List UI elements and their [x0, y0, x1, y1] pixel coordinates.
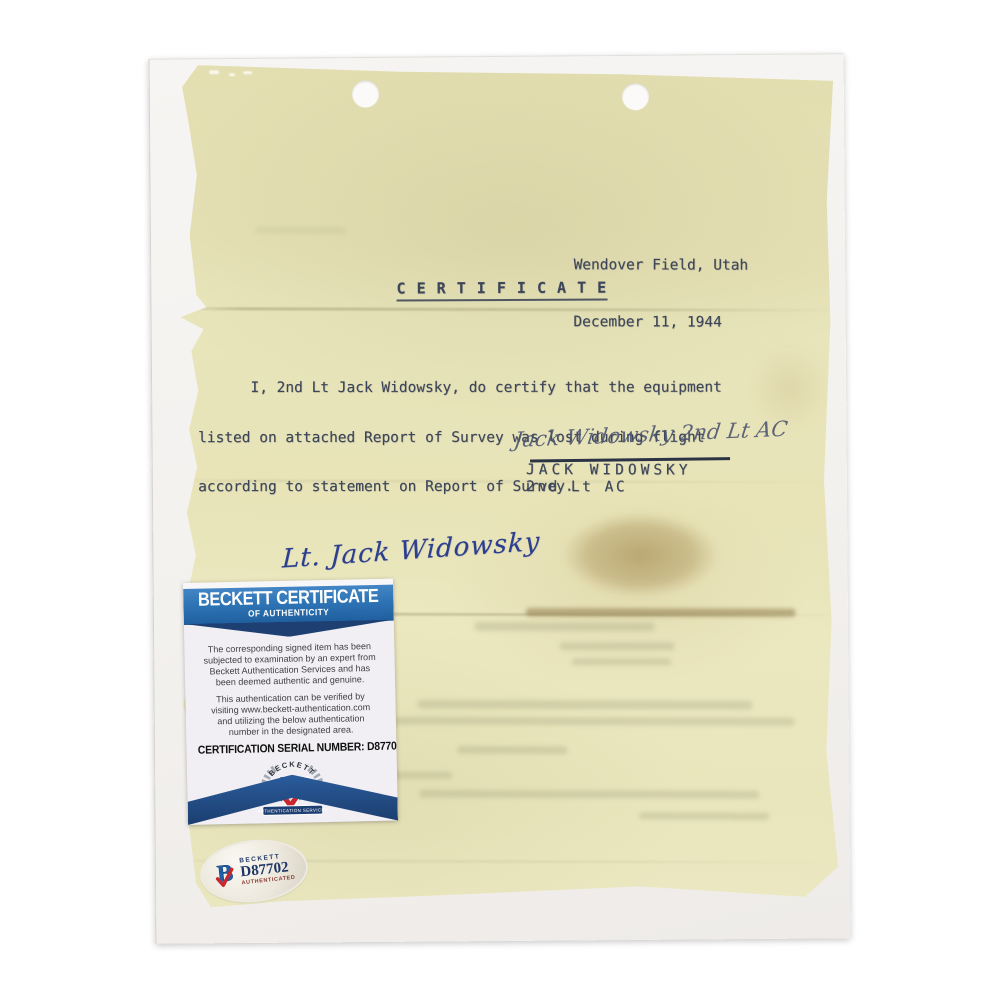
coa-paragraph-2: This authentication can be verified by v… [193, 691, 388, 739]
punch-hole-right [622, 83, 649, 110]
bleed-through-mark [639, 812, 769, 819]
bleed-through-mark [394, 717, 794, 726]
signer-name-typed: JACK WIDOWSKY [526, 462, 692, 478]
bleed-through-mark [457, 746, 567, 754]
signer-rank-typed: 2nd Lt AC [526, 479, 627, 495]
beckett-coa-sticker: BECKETT CERTIFICATE OF AUTHENTICITY The … [183, 579, 398, 825]
paper-wear-mark [243, 71, 252, 74]
beckett-b-monogram-icon: B [212, 858, 239, 890]
bleed-through-mark [256, 227, 346, 233]
stain-crease-line [526, 608, 796, 617]
dateline-place: Wendover Field, Utah [574, 256, 749, 275]
product-photo: Wendover Field, Utah December 11, 1944 C… [0, 0, 1000, 1000]
autograph-signature: Lt. Jack Widowsky [282, 527, 541, 575]
paper-wear-mark [209, 70, 219, 74]
punch-hole-left [352, 81, 379, 108]
certificate-title: C E R T I F I C A T E [396, 279, 607, 302]
body-line: according to statement on Report of Surv… [198, 479, 722, 496]
bleed-through-mark [475, 622, 655, 631]
bleed-through-mark [560, 642, 675, 650]
paper-wear-mark [229, 73, 235, 76]
body-line: I, 2nd Lt Jack Widowsky, do certify that… [198, 380, 722, 397]
bleed-through-mark [419, 790, 759, 799]
bleed-through-mark [572, 658, 672, 665]
coa-paragraph-1: The corresponding signed item has been s… [192, 641, 387, 689]
coa-title: BECKETT CERTIFICATE [198, 588, 379, 610]
coa-banner: BECKETT CERTIFICATE OF AUTHENTICITY [183, 585, 394, 625]
hologram-text: BECKETT D87702 AUTHENTICATED [239, 852, 296, 887]
bleed-through-mark [417, 700, 752, 710]
dateline-date: December 11, 1944 [573, 313, 748, 332]
